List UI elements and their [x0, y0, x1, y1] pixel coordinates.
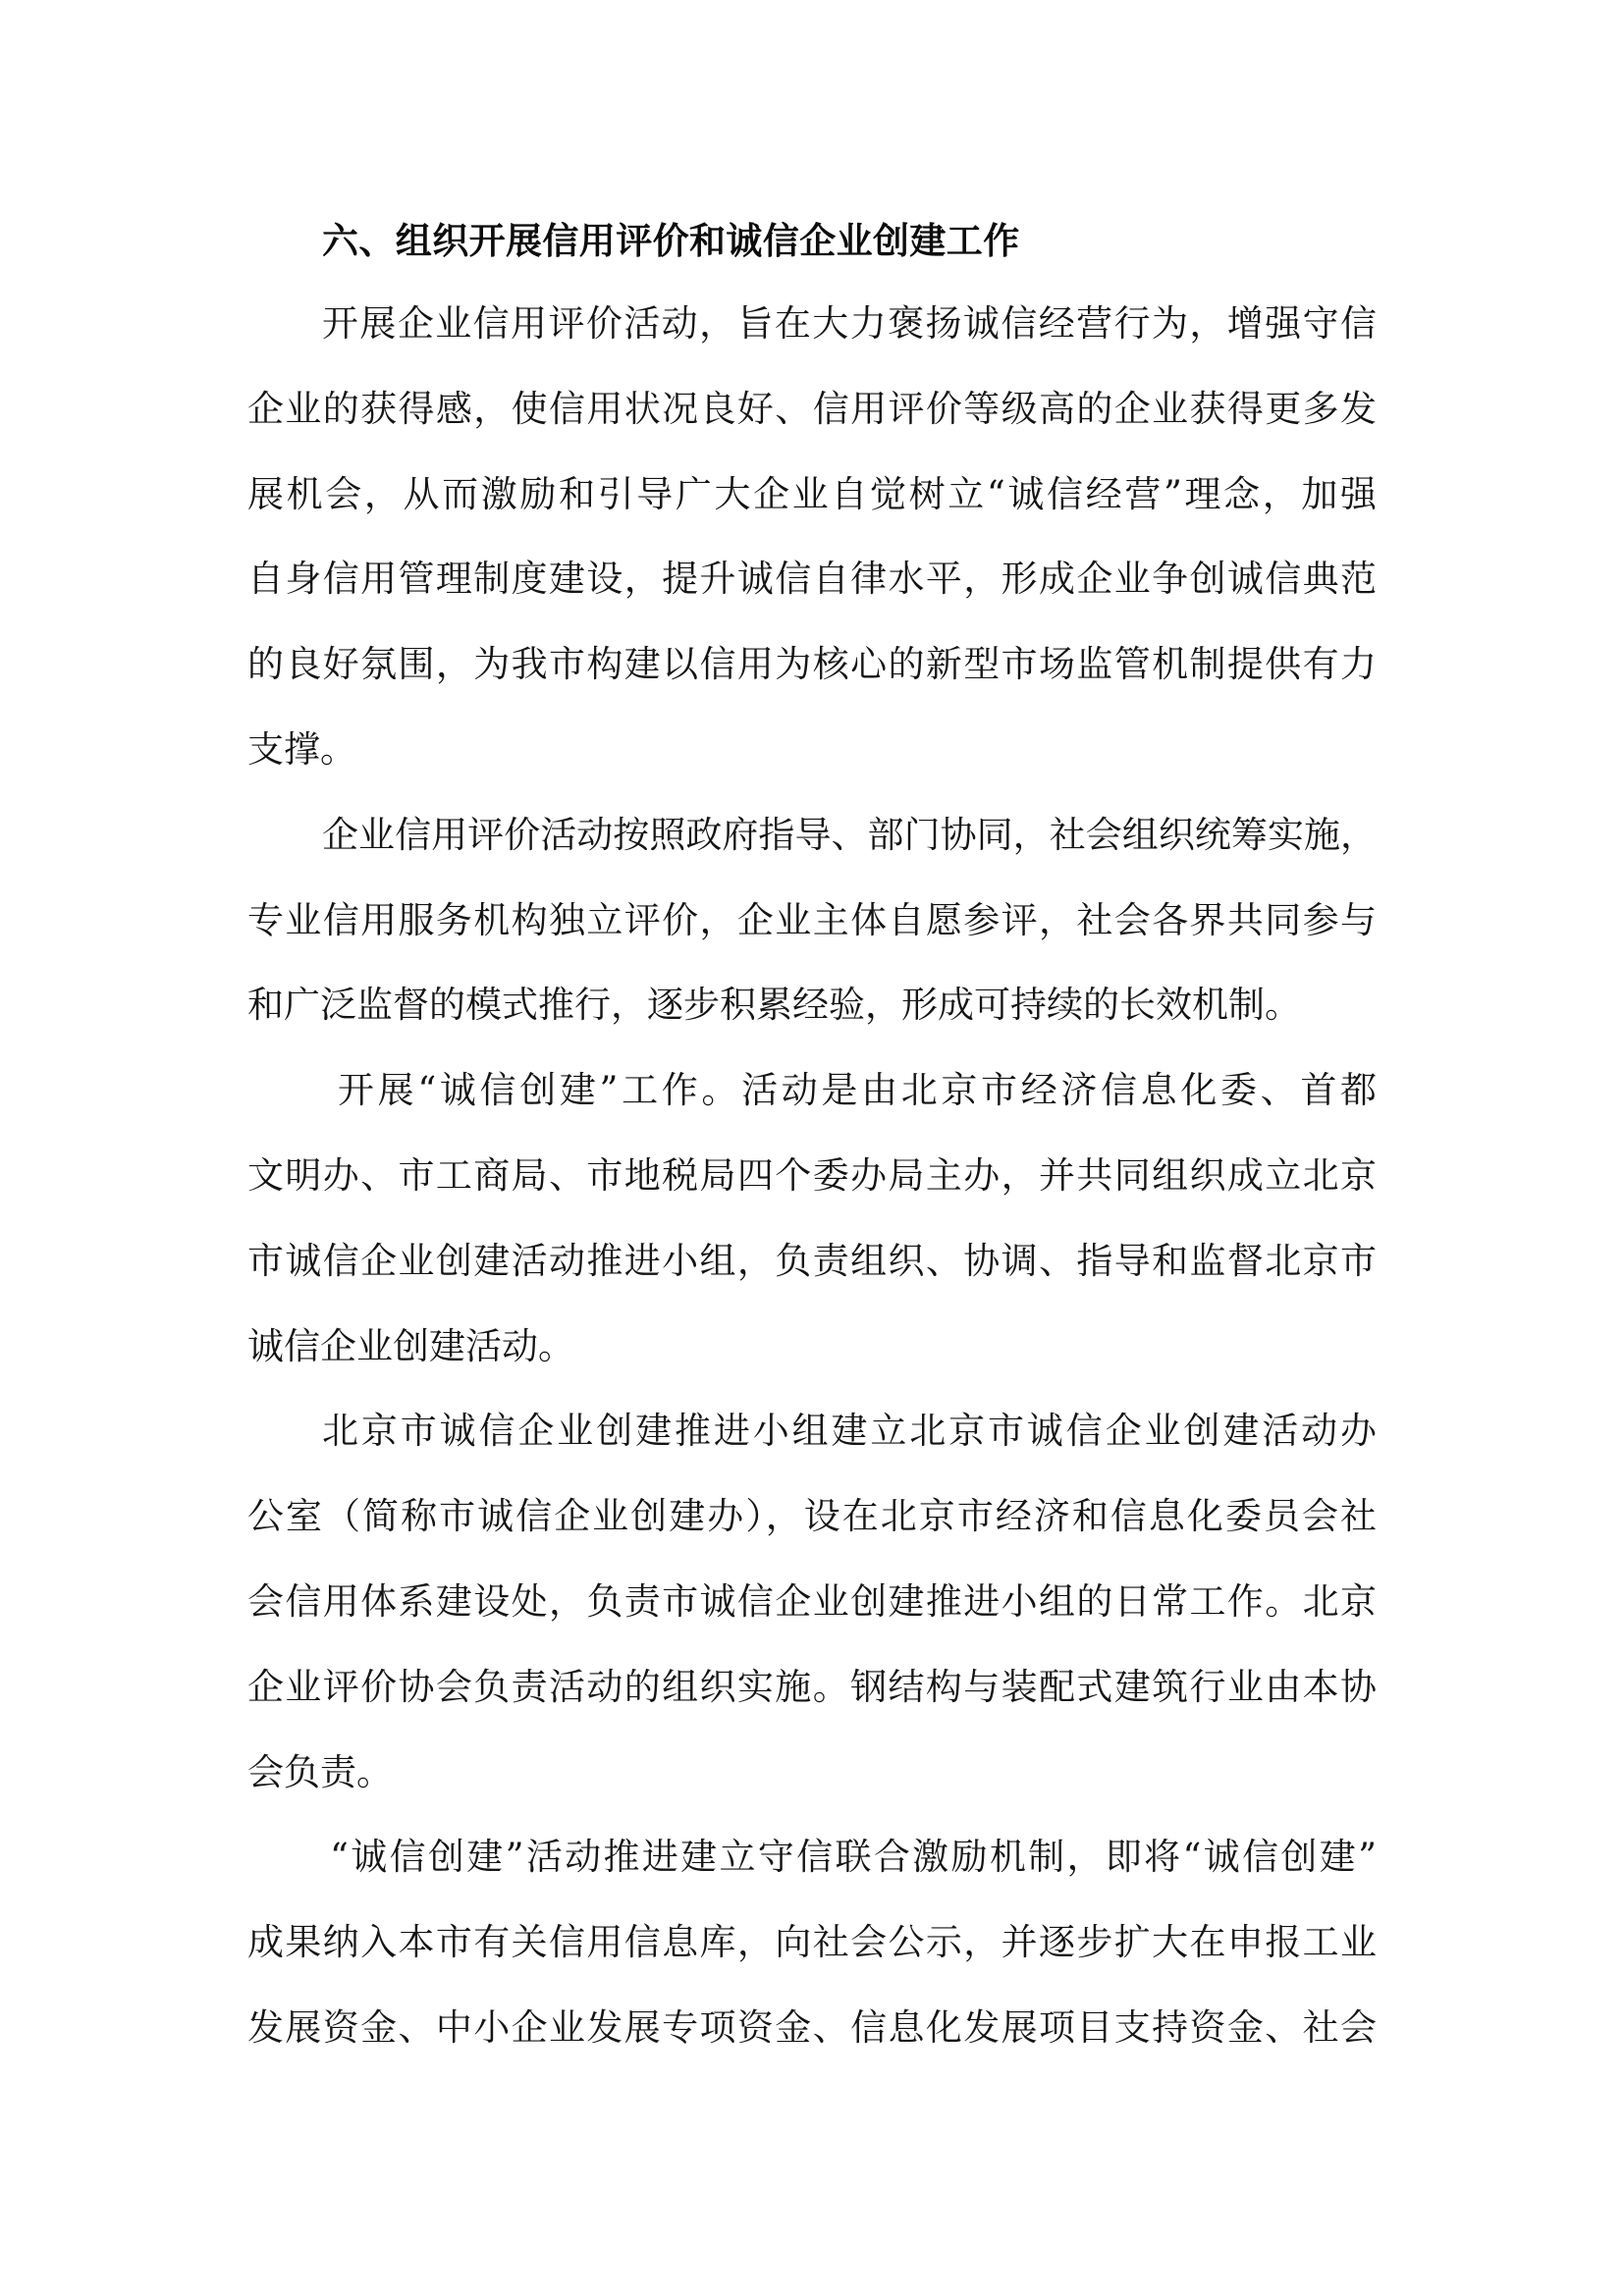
- paragraph-line: 会负责。: [247, 1731, 1377, 1816]
- paragraph-line: 自身信用管理制度建设，提升诚信自律水平，形成企业争创诚信典范: [247, 537, 1377, 622]
- paragraph-line: 企业信用评价活动按照政府指导、部门协同，社会组织统筹实施，: [247, 793, 1377, 879]
- paragraph-line: 诚信企业创建活动。: [247, 1305, 1377, 1390]
- section-heading: 六、组织开展信用评价和诚信企业创建工作: [322, 215, 1020, 266]
- paragraph-integrity-creation: 开展“诚信创建”工作。活动是由北京市经济信息化委、首都 文明办、市工商局、市地税…: [247, 1048, 1377, 1389]
- paragraph-line: 开展企业信用评价活动，旨在大力褒扬诚信经营行为，增强守信: [247, 282, 1377, 367]
- paragraph-line: 专业信用服务机构独立评价，企业主体自愿参评，社会各界共同参与: [247, 879, 1377, 964]
- paragraph-line: 北京市诚信企业创建推进小组建立北京市诚信企业创建活动办: [247, 1389, 1377, 1474]
- paragraph-line: 的良好氛围，为我市构建以信用为核心的新型市场监管机制提供有力: [247, 622, 1377, 708]
- paragraph-line: 公室（简称市诚信企业创建办），设在北京市经济和信息化委员会社: [247, 1474, 1377, 1560]
- paragraph-line: 展机会，从而激励和引导广大企业自觉树立“诚信经营”理念，加强: [247, 453, 1377, 538]
- paragraph-line: 企业评价协会负责活动的组织实施。钢结构与装配式建筑行业由本协: [247, 1645, 1377, 1731]
- paragraph-credit-evaluation-mode: 企业信用评价活动按照政府指导、部门协同，社会组织统筹实施， 专业信用服务机构独立…: [247, 793, 1377, 1048]
- paragraph-line: 会信用体系建设处，负责市诚信企业创建推进小组的日常工作。北京: [247, 1560, 1377, 1645]
- paragraph-line: 企业的获得感，使信用状况良好、信用评价等级高的企业获得更多发: [247, 367, 1377, 453]
- paragraph-promotion-office: 北京市诚信企业创建推进小组建立北京市诚信企业创建活动办 公室（简称市诚信企业创建…: [247, 1389, 1377, 1815]
- paragraph-line: 支撑。: [247, 708, 1377, 793]
- paragraph-line: 开展“诚信创建”工作。活动是由北京市经济信息化委、首都: [247, 1048, 1377, 1134]
- paragraph-line: 市诚信企业创建活动推进小组，负责组织、协调、指导和监督北京市: [247, 1219, 1377, 1305]
- document-page: 六、组织开展信用评价和诚信企业创建工作 开展企业信用评价活动，旨在大力褒扬诚信经…: [0, 0, 1624, 2296]
- paragraph-line: 发展资金、中小企业发展专项资金、信息化发展项目支持资金、社会: [247, 1986, 1377, 2071]
- paragraph-line: 和广泛监督的模式推行，逐步积累经验，形成可持续的长效机制。: [247, 963, 1377, 1048]
- paragraph-credit-evaluation-purpose: 开展企业信用评价活动，旨在大力褒扬诚信经营行为，增强守信 企业的获得感，使信用状…: [247, 282, 1377, 793]
- paragraph-line: 文明办、市工商局、市地税局四个委办局主办，并共同组织成立北京: [247, 1134, 1377, 1219]
- paragraph-line: “诚信创建”活动推进建立守信联合激励机制，即将“诚信创建”: [247, 1815, 1377, 1900]
- paragraph-incentive-mechanism: “诚信创建”活动推进建立守信联合激励机制，即将“诚信创建” 成果纳入本市有关信用…: [247, 1815, 1377, 2070]
- document-body: 开展企业信用评价活动，旨在大力褒扬诚信经营行为，增强守信 企业的获得感，使信用状…: [247, 282, 1377, 2071]
- paragraph-line: 成果纳入本市有关信用信息库，向社会公示，并逐步扩大在申报工业: [247, 1900, 1377, 1986]
